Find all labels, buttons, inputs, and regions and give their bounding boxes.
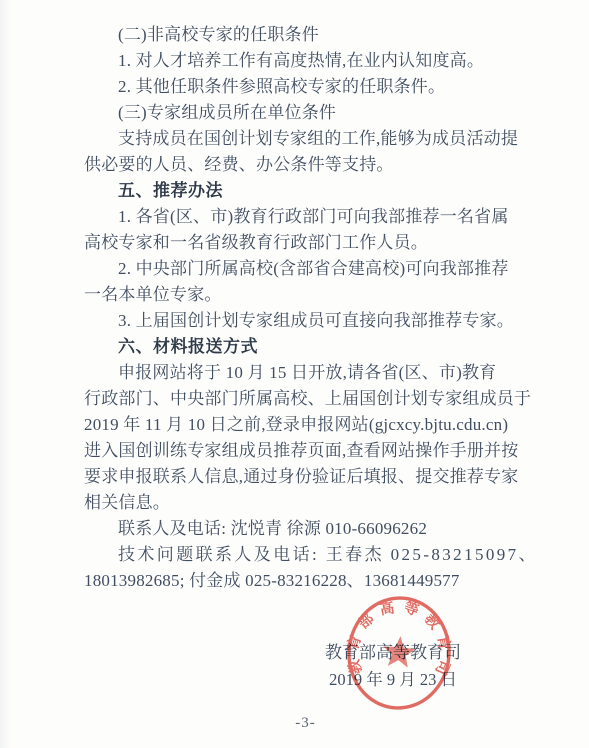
- text-line: 进入国创训练专家组成员推荐页面,查看网站操作手册并按: [84, 438, 530, 464]
- text-line: 2. 中央部门所属高校(含部省合建高校)可向我部推荐: [84, 256, 530, 282]
- text-line: (三)专家组成员所在单位条件: [84, 100, 530, 126]
- text-line: 相关信息。: [84, 490, 530, 516]
- signature-org: 教育部高等教育司: [318, 640, 468, 666]
- document-body: (二)非高校专家的任职条件 1. 对人才培养工作有高度热情,在业内认知度高。 2…: [84, 22, 530, 594]
- contact-line: 技术问题联系人及电话: 王春杰 025-83215097、: [84, 542, 530, 568]
- section-heading: 五、推荐办法: [84, 178, 530, 204]
- text-line: 支持成员在国创计划专家组的工作,能够为成员活动提: [84, 126, 530, 152]
- text-line: (二)非高校专家的任职条件: [84, 22, 530, 48]
- text-line: 2019 年 11 月 10 日之前,登录申报网站(gjcxcy.bjtu.cd…: [84, 412, 530, 438]
- text-line: 2. 其他任职条件参照高校专家的任职条件。: [84, 74, 530, 100]
- text-line: 高校专家和一名省级教育行政部门工作人员。: [84, 230, 530, 256]
- contact-line: 18013982685; 付金成 025-83216228、1368144957…: [84, 568, 530, 594]
- text-line: 1. 各省(区、市)教育行政部门可向我部推荐一名省属: [84, 204, 530, 230]
- signature-date: 2019 年 9 月 23 日: [318, 667, 468, 693]
- document-page: (二)非高校专家的任职条件 1. 对人才培养工作有高度热情,在业内认知度高。 2…: [0, 0, 589, 748]
- page-number: -3-: [0, 715, 589, 732]
- text-line: 行政部门、中央部门所属高校、上届国创计划专家组成员于: [84, 386, 530, 412]
- text-line: 1. 对人才培养工作有高度热情,在业内认知度高。: [84, 48, 530, 74]
- signature-block: 教育部高等教育司 2019 年 9 月 23 日: [318, 640, 468, 693]
- text-line: 供必要的人员、经费、办公条件等支持。: [84, 152, 530, 178]
- text-line: 要求申报联系人信息,通过身份验证后填报、提交推荐专家: [84, 464, 530, 490]
- contact-line: 联系人及电话: 沈悦青 徐源 010-66096262: [84, 516, 530, 542]
- section-heading: 六、材料报送方式: [84, 334, 530, 360]
- text-line: 3. 上届国创计划专家组成员可直接向我部推荐专家。: [84, 308, 530, 334]
- text-line: 一名本单位专家。: [84, 282, 530, 308]
- text-line: 申报网站将于 10 月 15 日开放,请各省(区、市)教育: [84, 360, 530, 386]
